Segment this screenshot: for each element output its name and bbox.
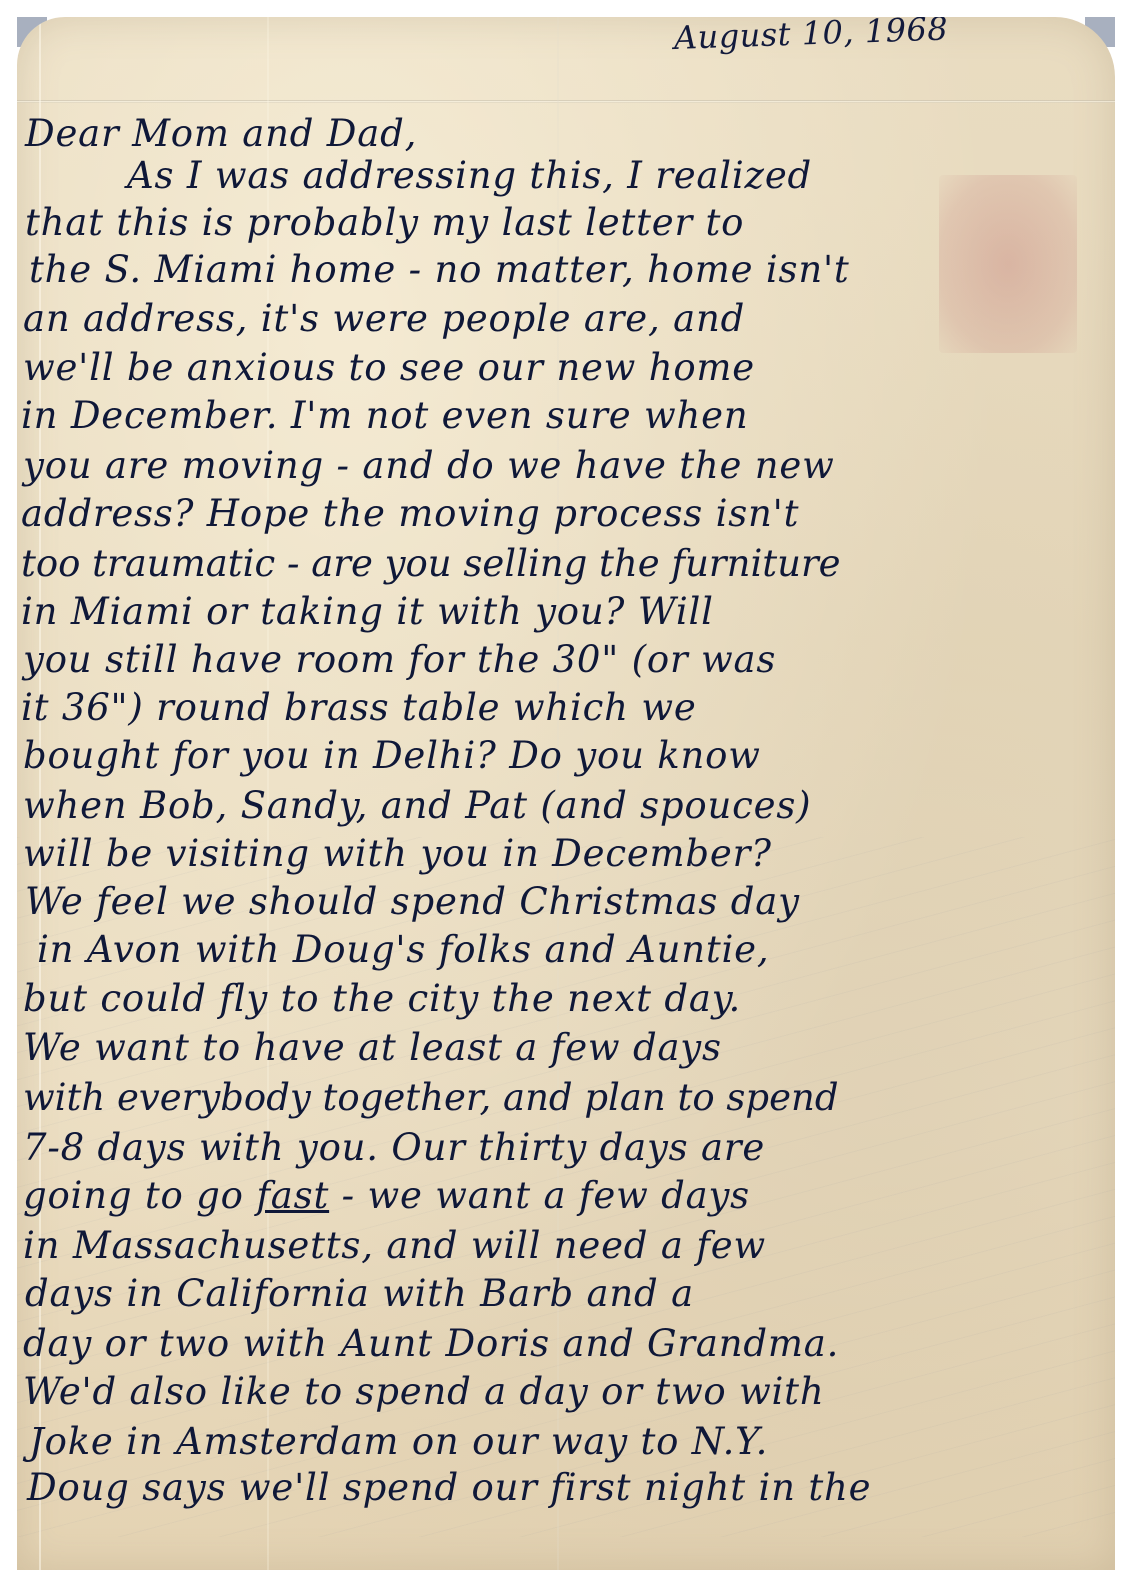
letter-line: We'd also like to spend a day or two wit… xyxy=(23,1373,824,1410)
letter-body: Dear Mom and Dad, As I was addressing th… xyxy=(17,17,1115,1570)
letter-line: but could fly to the city the next day. xyxy=(23,980,741,1017)
letter-line: the S. Miami home - no matter, home isn'… xyxy=(29,251,850,288)
salutation: Dear Mom and Dad, xyxy=(25,115,417,152)
letter-line: when Bob, Sandy, and Pat (and spouces) xyxy=(23,787,811,824)
letter-line: We feel we should spend Christmas day xyxy=(25,883,800,920)
letter-line: Doug says we'll spend our first night in… xyxy=(27,1469,871,1506)
letter-line: day or two with Aunt Doris and Grandma. xyxy=(23,1325,839,1362)
letter-line: that this is probably my last letter to xyxy=(25,204,744,241)
letter-line: you are moving - and do we have the new xyxy=(23,447,835,484)
underlined-word: fast xyxy=(256,1174,329,1217)
letter-line: too traumatic - are you selling the furn… xyxy=(21,545,841,582)
letter-line: We want to have at least a few days xyxy=(23,1029,722,1066)
letter-line: we'll be anxious to see our new home xyxy=(23,349,755,386)
letter-line: going to go fast - we want a few days xyxy=(23,1177,750,1214)
letter-paper: August 10, 1968 Dear Mom and Dad, As I w… xyxy=(17,17,1115,1570)
letter-line: an address, it's were people are, and xyxy=(23,300,745,337)
letter-line: in Massachusetts, and will need a few xyxy=(23,1227,766,1264)
letter-line: days in California with Barb and a xyxy=(25,1275,694,1312)
letter-line: 7-8 days with you. Our thirty days are xyxy=(23,1129,765,1166)
letter-line: As I was addressing this, I realized xyxy=(127,157,812,194)
letter-line: bought for you in Delhi? Do you know xyxy=(23,737,761,774)
letter-line: Joke in Amsterdam on our way to N.Y. xyxy=(29,1423,768,1460)
letter-line: with everybody together, and plan to spe… xyxy=(23,1079,839,1116)
letter-line: address? Hope the moving process isn't xyxy=(21,495,799,532)
letter-line: in Miami or taking it with you? Will xyxy=(21,593,714,630)
letter-line: you still have room for the 30" (or was xyxy=(23,641,776,678)
letter-line: in Avon with Doug's folks and Auntie, xyxy=(37,931,769,968)
letter-line: will be visiting with you in December? xyxy=(23,835,772,872)
letter-line: in December. I'm not even sure when xyxy=(21,397,748,434)
letter-line: it 36") round brass table which we xyxy=(21,689,697,726)
